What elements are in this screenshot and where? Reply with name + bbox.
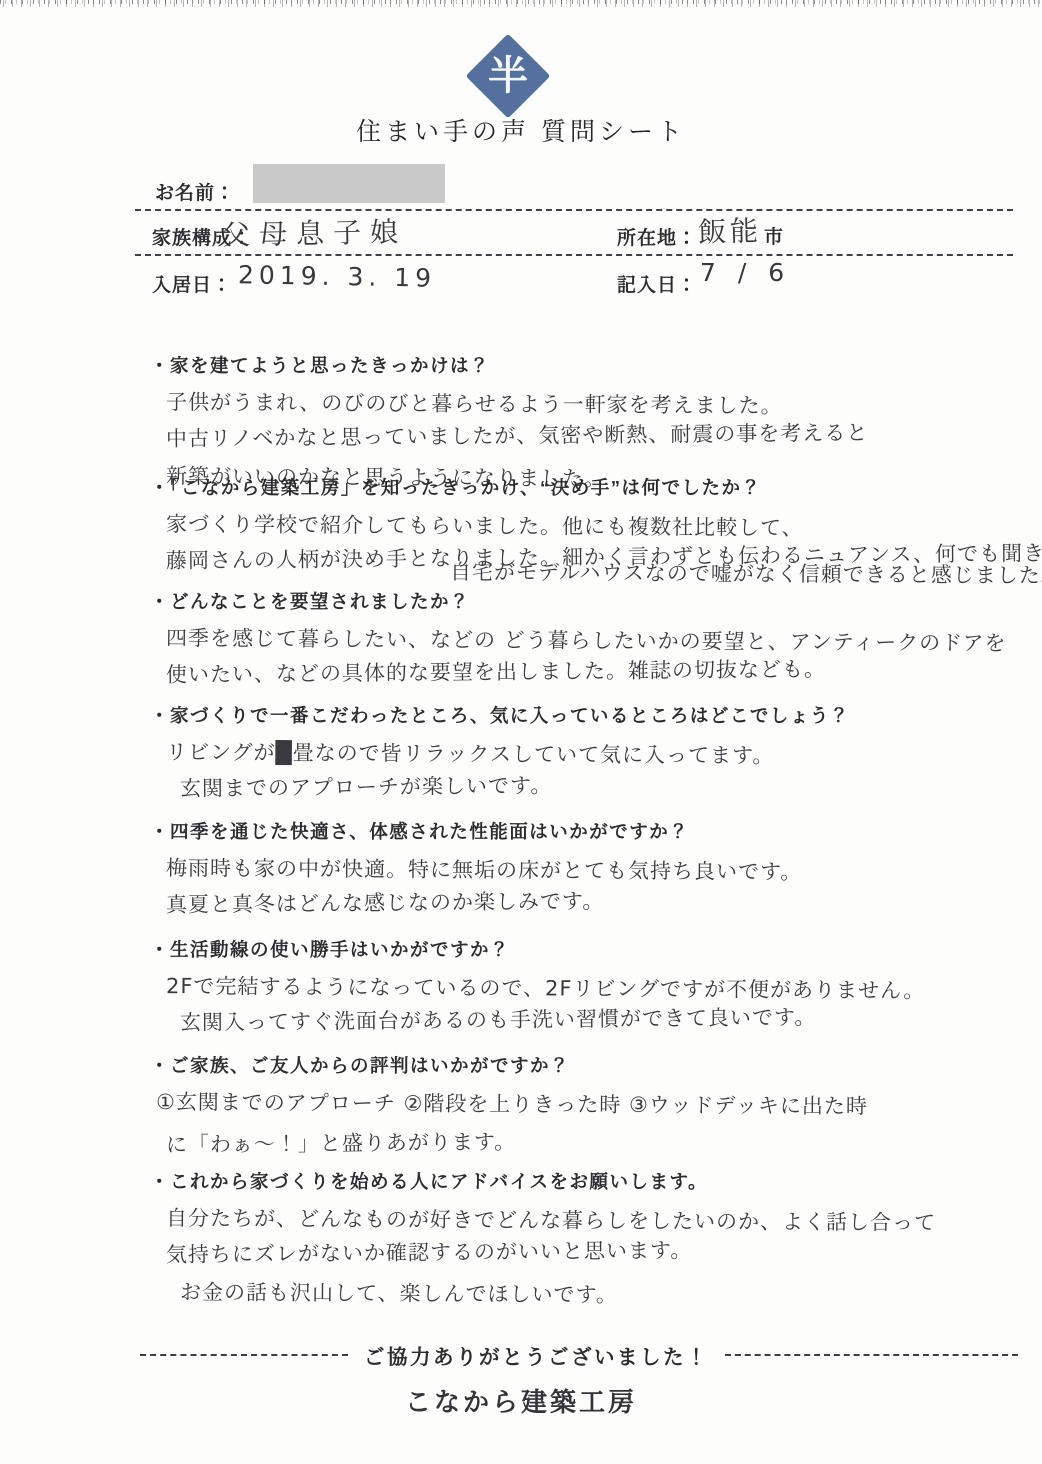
written-date-label: 記入日： xyxy=(617,270,697,297)
name-label: お名前： xyxy=(155,178,235,205)
answer-line: に「わぁ〜！」と盛りあがります。 xyxy=(150,1119,1038,1164)
family-value-handwritten: 父母息子娘 xyxy=(222,210,408,253)
question-block-7: ・ご家族、ご友人からの評判はいかがですか？ ①玄関までのアプローチ ②階段を上り… xyxy=(150,1052,1038,1164)
question-block-8: ・これから家づくりを始める人にアドバイスをお願いします。 自分たちが、どんなもの… xyxy=(150,1168,1038,1311)
logo-glyph: 半 xyxy=(488,56,528,96)
thanks-text: ご協力ありがとうございました！ xyxy=(364,1340,709,1370)
movein-label: 入居日： xyxy=(152,270,232,297)
question-block-4: ・家づくりで一番こだわったところ、気に入っているところはどこでしょう？ リビング… xyxy=(150,702,1038,808)
scan-noise-band xyxy=(0,0,1042,7)
page-title: 住まい手の声 質問シート xyxy=(0,112,1042,148)
question-block-5: ・四季を通じた快適さ、体感された性能面はいかがですか？ 梅雨時も家の中が快適。特… xyxy=(150,818,1038,924)
company-name: こなから建築工房 xyxy=(0,1382,1042,1419)
answer-line: お金の話も沢山して、楽しんでほしいです。 xyxy=(150,1274,1038,1316)
movein-value-handwritten: 2019. 3. 19 xyxy=(238,260,437,292)
divider-dashed-2 xyxy=(135,254,1013,256)
thanks-divider-left xyxy=(140,1354,348,1356)
question-block-2: ・「こなから建築工房」を知ったきっかけ、“決め手”は何でしたか？ 家づくり学校で… xyxy=(150,474,1038,580)
question-heading: ・「こなから建築工房」を知ったきっかけ、“決め手”は何でしたか？ xyxy=(150,474,1038,500)
question-heading: ・どんなことを要望されましたか？ xyxy=(150,588,1038,614)
question-heading: ・四季を通じた快適さ、体感された性能面はいかがですか？ xyxy=(150,818,1038,844)
divider-dashed-1 xyxy=(135,209,1013,211)
answer-line: 真夏と真冬はどんな感じなのか楽しみです。 xyxy=(150,879,1038,924)
location-unit: 市 xyxy=(764,222,783,249)
question-heading: ・ご家族、ご友人からの評判はいかがですか？ xyxy=(150,1052,1038,1078)
written-date-value-handwritten: 7 / 6 xyxy=(700,258,791,287)
question-block-6: ・生活動線の使い勝手はいかがですか？ 2Fで完結するようになっているので、2Fリ… xyxy=(150,936,1038,1042)
answer-line: 中古リノベかなと思っていましたが、気密や断熱、耐震の事を考えると xyxy=(150,413,1038,458)
location-value-handwritten: 飯能 xyxy=(697,209,762,251)
question-block-3: ・どんなことを要望されましたか？ 四季を感じて暮らしたい、などの どう暮らしたい… xyxy=(150,588,1038,694)
question-heading: ・生活動線の使い勝手はいかがですか？ xyxy=(150,936,1038,962)
name-redaction-box xyxy=(253,164,445,203)
thanks-divider-right xyxy=(725,1354,1018,1356)
answer-line: 玄関までのアプローチが楽しいです。 xyxy=(150,763,1038,808)
question-heading: ・家づくりで一番こだわったところ、気に入っているところはどこでしょう？ xyxy=(150,702,1038,728)
questionnaire-sheet: 半 住まい手の声 質問シート お名前： 家族構成： 父母息子娘 所在地： 飯能 … xyxy=(0,0,1042,1464)
answer-line: 使いたい、などの具体的な要望を出しました。雑誌の切抜なども。 xyxy=(150,649,1038,694)
answer-line: 気持ちにズレがないか確認するのがいいと思います。 xyxy=(150,1229,1038,1274)
thanks-row: ご協力ありがとうございました！ xyxy=(140,1340,1018,1370)
answer-line: 玄関入ってすぐ洗面台があるのも手洗い習慣ができて良いです。 xyxy=(150,997,1038,1042)
question-heading: ・家を建てようと思ったきっかけは？ xyxy=(150,352,1038,378)
company-logo: 半 xyxy=(466,34,551,119)
location-label: 所在地： xyxy=(617,223,697,250)
question-heading: ・これから家づくりを始める人にアドバイスをお願いします。 xyxy=(150,1168,1038,1194)
